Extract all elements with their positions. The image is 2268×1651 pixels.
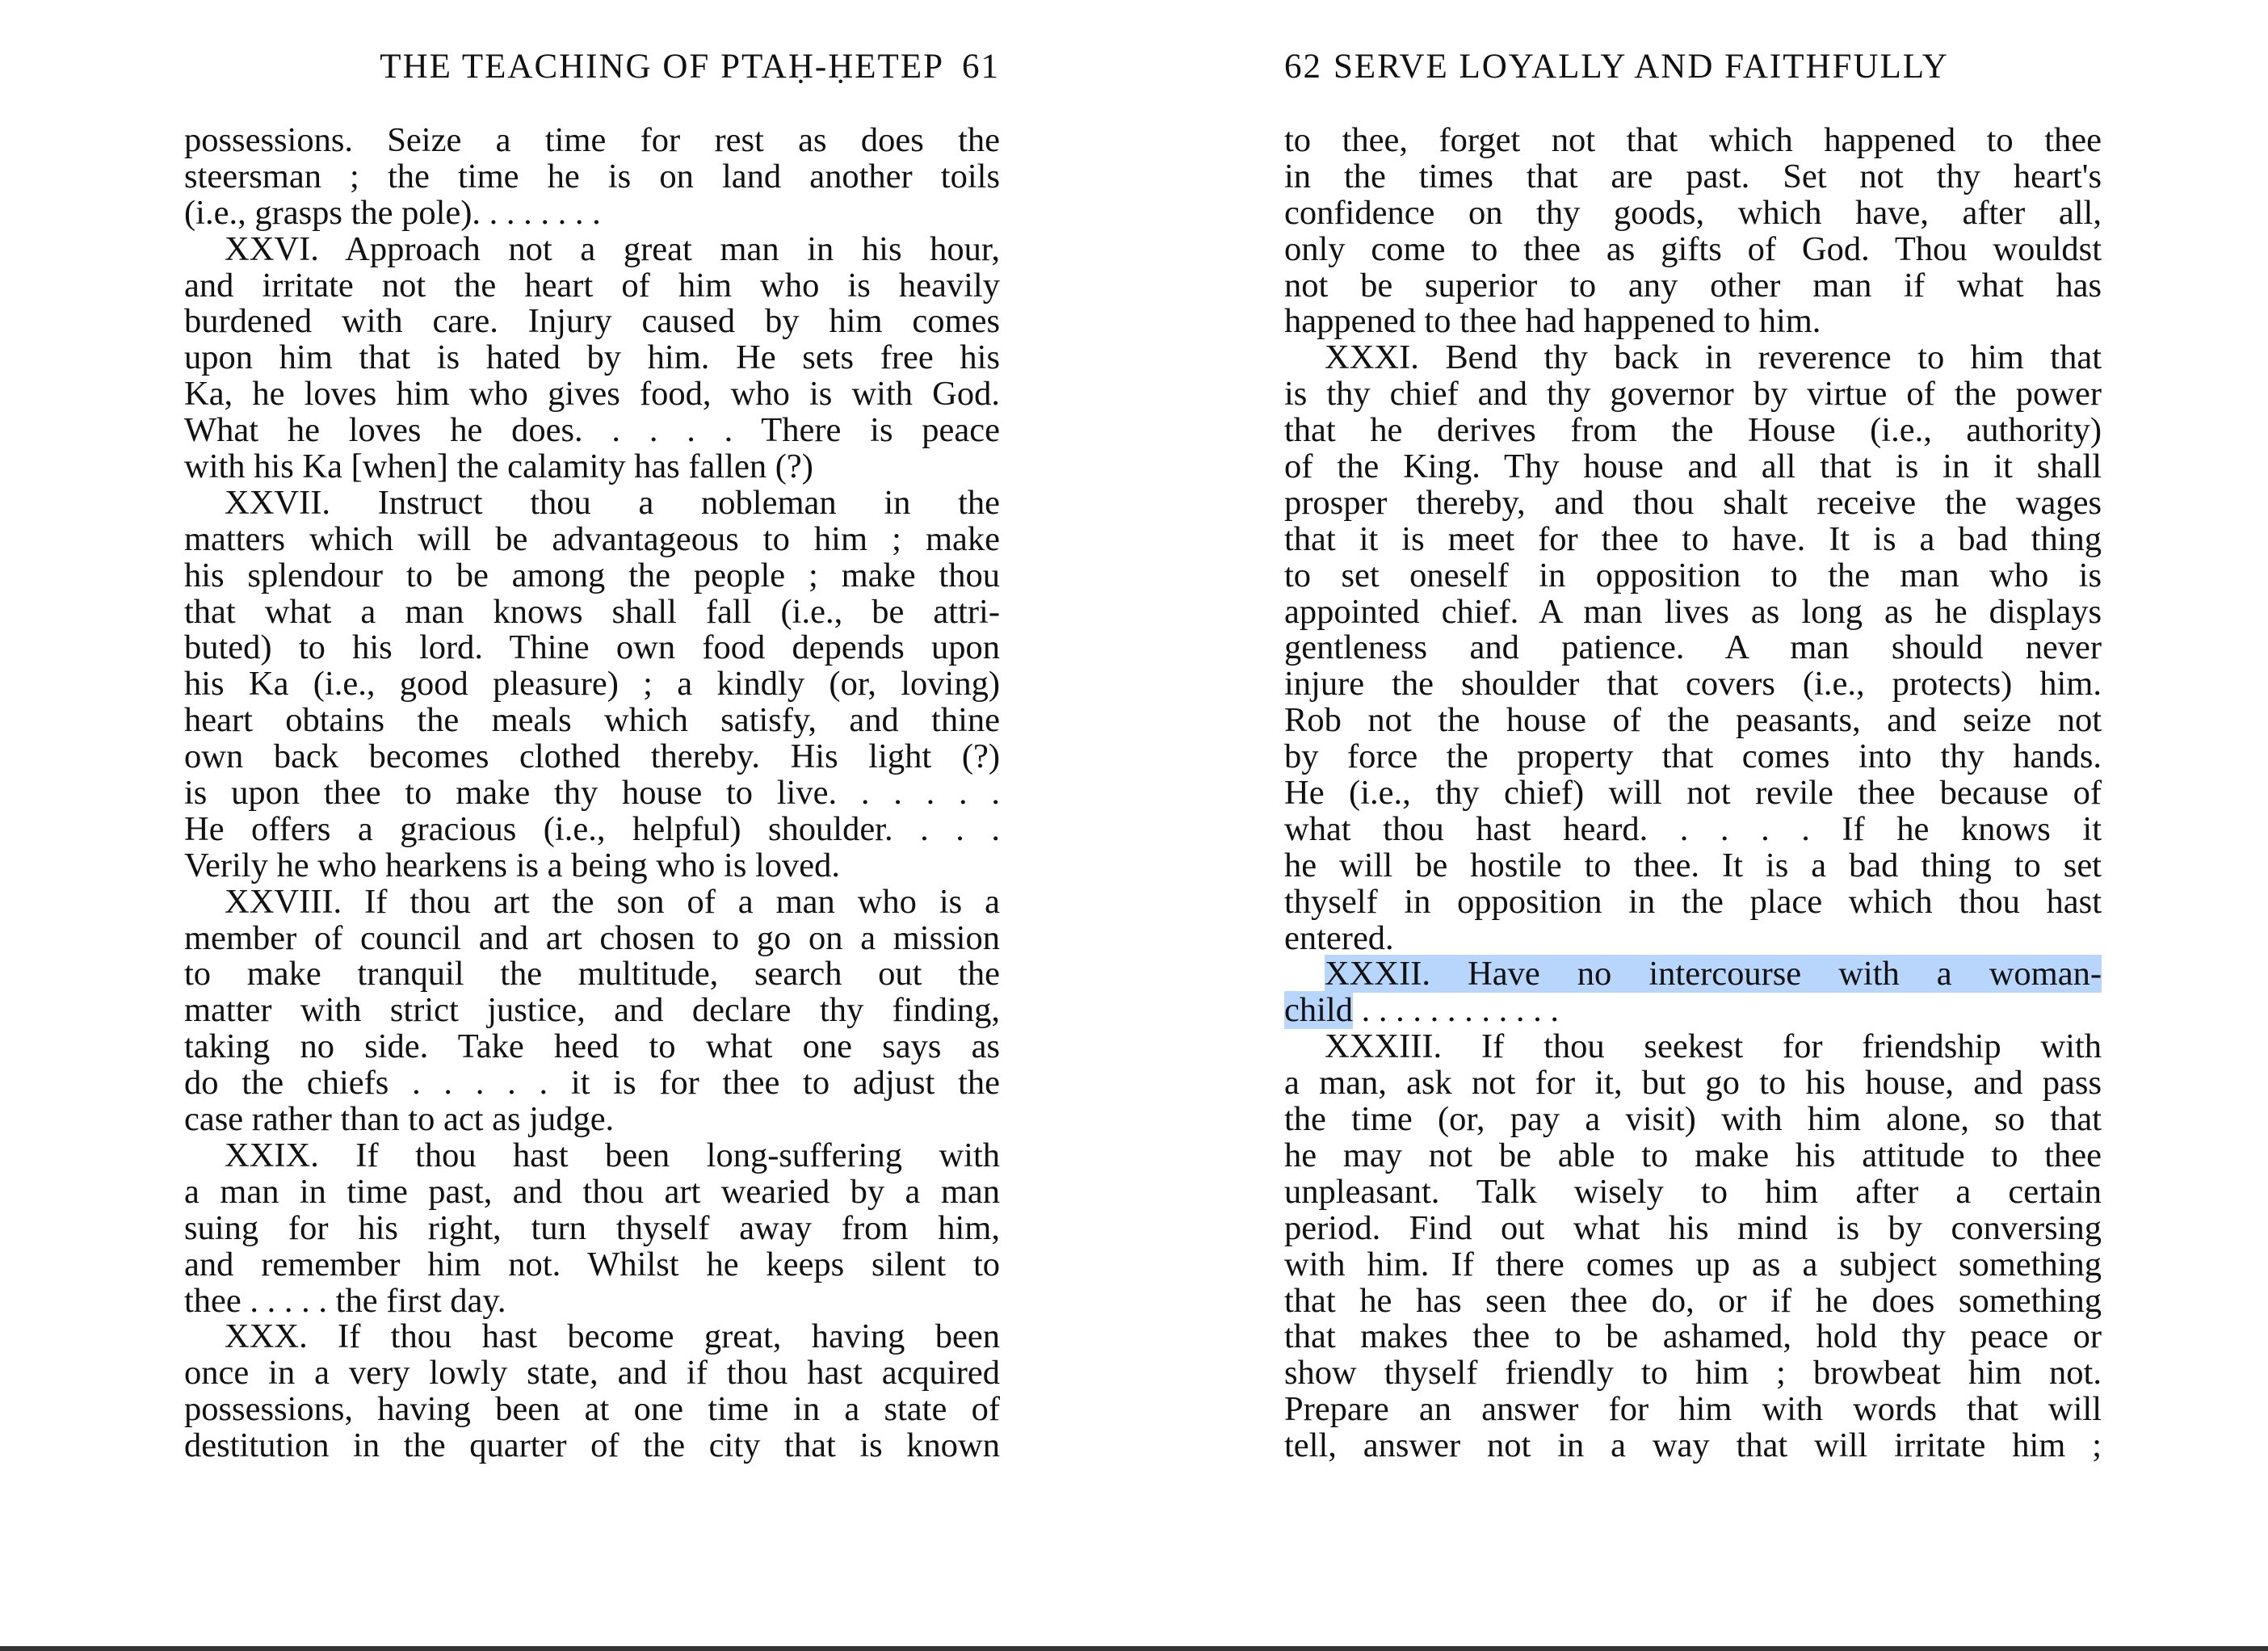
left-body-text[interactable]: possessions. Seize a time for rest as do… [184,123,1000,1464]
text-line[interactable]: a man, ask not for it, but go to his hou… [1284,1065,2102,1102]
left-running-head: THE TEACHING OF PTAḤ-ḤETEP61 [184,47,1000,86]
text-line[interactable]: XXXIII. If thou seekest for friendship w… [1284,1029,2102,1065]
text-line[interactable]: thee . . . . . the first day. [184,1283,1000,1320]
text-line[interactable]: Verily he who hearkens is a being who is… [184,848,1000,884]
text-line[interactable]: XXX. If thou hast become great, having b… [184,1319,1000,1355]
text-line[interactable]: in the times that are past. Set not thy … [1284,159,2102,195]
text-line[interactable]: only come to thee as gifts of God. Thou … [1284,232,2102,268]
text-line[interactable]: with him. If there comes up as a subject… [1284,1247,2102,1283]
left-page: THE TEACHING OF PTAḤ-ḤETEP61 possessions… [184,0,1000,1640]
text-line[interactable]: own back becomes clothed thereby. His li… [184,739,1000,775]
text-line[interactable]: case rather than to act as judge. [184,1102,1000,1138]
right-body-text[interactable]: to thee, forget not that which happened … [1284,123,2102,1464]
text-line[interactable]: of the King. Thy house and all that is i… [1284,449,2102,485]
right-running-head: 62SERVE LOYALLY AND FAITHFULLY [1284,47,2102,86]
window-bottom-edge [0,1646,2268,1651]
text-line[interactable]: show thyself friendly to him ; browbeat … [1284,1355,2102,1392]
text-line[interactable]: entered. [1284,921,2102,957]
text-line[interactable]: suing for his right, turn thyself away f… [184,1211,1000,1247]
text-line[interactable]: taking no side. Take heed to what one sa… [184,1029,1000,1065]
text-line[interactable]: to set oneself in opposition to the man … [1284,558,2102,594]
text-line[interactable]: do the chiefs . . . . . it is for thee t… [184,1065,1000,1102]
text-line[interactable]: and remember him not. Whilst he keeps si… [184,1247,1000,1283]
text-line[interactable]: by force the property that comes into th… [1284,739,2102,775]
text-line[interactable]: tell, answer not in a way that will irri… [1284,1428,2102,1464]
text-line[interactable]: XXVIII. If thou art the son of a man who… [184,884,1000,921]
text-line[interactable]: that he derives from the House (i.e., au… [1284,413,2102,449]
text-selection-highlight[interactable]: XXXII. Have no intercourse with a woman- [1325,955,2102,993]
right-page-number: 62 [1284,48,1322,86]
text-line[interactable]: He offers a gracious (i.e., helpful) sho… [184,812,1000,848]
left-running-head-title: THE TEACHING OF PTAḤ-ḤETEP [380,48,944,86]
text-line[interactable]: XXIX. If thou hast been long-suffering w… [184,1138,1000,1174]
text-line[interactable]: he will be hostile to thee. It is a bad … [1284,848,2102,884]
text-line[interactable]: to thee, forget not that which happened … [1284,123,2102,159]
text-line[interactable]: possessions, having been at one time in … [184,1392,1000,1428]
text-line[interactable]: and irritate not the heart of him who is… [184,268,1000,305]
text-line[interactable]: prosper thereby, and thou shalt receive … [1284,485,2102,522]
text-line[interactable]: Ka, he loves him who gives food, who is … [184,376,1000,413]
text-line[interactable]: XXVII. Instruct thou a nobleman in the [184,485,1000,522]
text-line[interactable]: possessions. Seize a time for rest as do… [184,123,1000,159]
text-line[interactable]: that he has seen thee do, or if he does … [1284,1283,2102,1320]
text-line[interactable]: a man in time past, and thou art wearied… [184,1174,1000,1211]
text-line[interactable]: period. Find out what his mind is by con… [1284,1211,2102,1247]
text-line[interactable]: not be superior to any other man if what… [1284,268,2102,305]
text-line[interactable]: Rob not the house of the peasants, and s… [1284,703,2102,739]
text-selection-highlight[interactable]: child [1284,991,1353,1029]
text-line[interactable]: that makes thee to be ashamed, hold thy … [1284,1319,2102,1355]
text-line[interactable]: his splendour to be among the people ; m… [184,558,1000,594]
text-line[interactable]: once in a very lowly state, and if thou … [184,1355,1000,1392]
right-page: 62SERVE LOYALLY AND FAITHFULLY to thee, … [1284,0,2102,1640]
text-line[interactable]: that what a man knows shall fall (i.e., … [184,594,1000,631]
text-line[interactable]: matter with strict justice, and declare … [184,993,1000,1029]
text-line[interactable]: What he loves he does. . . . . There is … [184,413,1000,449]
selected-text-line[interactable]: child . . . . . . . . . . . . [1284,993,2102,1029]
text-line[interactable]: injure the shoulder that covers (i.e., p… [1284,666,2102,703]
text-line[interactable]: destitution in the quarter of the city t… [184,1428,1000,1464]
text-line[interactable]: upon him that is hated by him. He sets f… [184,340,1000,376]
text-line[interactable]: with his Ka [when] the calamity has fall… [184,449,1000,485]
text-line[interactable]: his Ka (i.e., good pleasure) ; a kindly … [184,666,1000,703]
text-line[interactable]: happened to thee had happened to him. [1284,304,2102,340]
text-line[interactable]: that it is meet for thee to have. It is … [1284,522,2102,558]
selected-text-line[interactable]: XXXII. Have no intercourse with a woman- [1284,956,2102,993]
text-line[interactable]: to make tranquil the multitude, search o… [184,956,1000,993]
text-line[interactable]: thyself in opposition in the place which… [1284,884,2102,921]
text-line[interactable]: is thy chief and thy governor by virtue … [1284,376,2102,413]
text-line[interactable]: what thou hast heard. . . . . If he know… [1284,812,2102,848]
text-line[interactable]: burdened with care. Injury caused by him… [184,304,1000,340]
text-line[interactable]: the time (or, pay a visit) with him alon… [1284,1102,2102,1138]
text-line[interactable]: heart obtains the meals which satisfy, a… [184,703,1000,739]
text-line[interactable]: matters which will be advantageous to hi… [184,522,1000,558]
text-line[interactable]: buted) to his lord. Thine own food depen… [184,630,1000,666]
text-line[interactable]: is upon thee to make thy house to live. … [184,775,1000,812]
text-line[interactable]: (i.e., grasps the pole). . . . . . . . [184,195,1000,232]
text-line[interactable]: Prepare an answer for him with words tha… [1284,1392,2102,1428]
text-line[interactable]: He (i.e., thy chief) will not revile the… [1284,775,2102,812]
text-line[interactable]: unpleasant. Talk wisely to him after a c… [1284,1174,2102,1211]
left-page-number: 61 [962,48,1000,86]
text-line[interactable]: he may not be able to make his attitude … [1284,1138,2102,1174]
text-line[interactable]: appointed chief. A man lives as long as … [1284,594,2102,631]
text-line[interactable]: XXVI. Approach not a great man in his ho… [184,232,1000,268]
text-line[interactable]: confidence on thy goods, which have, aft… [1284,195,2102,232]
text-line[interactable]: steersman ; the time he is on land anoth… [184,159,1000,195]
right-running-head-title: SERVE LOYALLY AND FAITHFULLY [1333,48,1949,86]
text-line[interactable]: XXXI. Bend thy back in reverence to him … [1284,340,2102,376]
text-line[interactable]: member of council and art chosen to go o… [184,921,1000,957]
text-line[interactable]: gentleness and patience. A man should ne… [1284,630,2102,666]
